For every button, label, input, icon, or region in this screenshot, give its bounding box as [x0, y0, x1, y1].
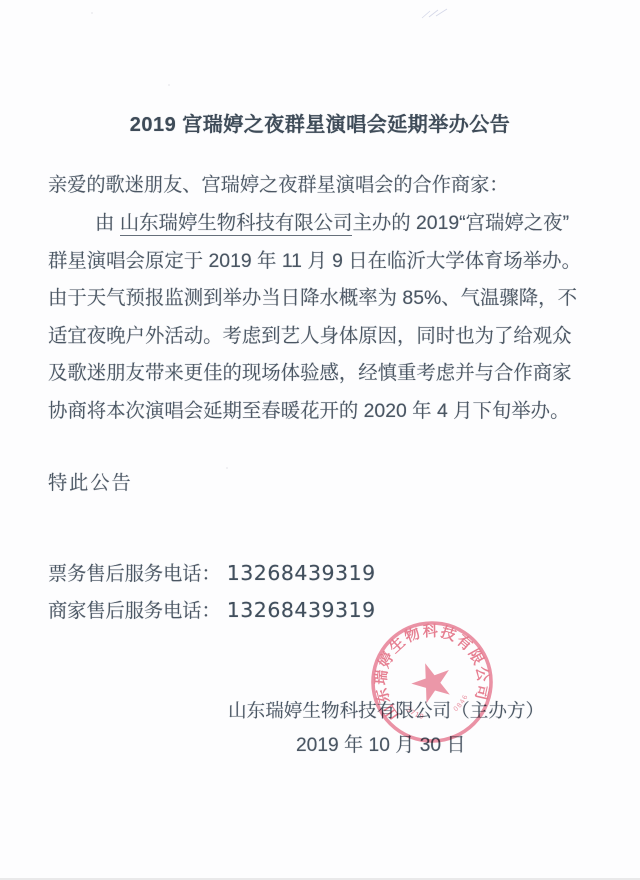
- line-suffix: 主办的 2019“宫瑞婷之夜”: [352, 212, 569, 234]
- closing-statement: 特此公告: [48, 470, 133, 498]
- ticket-service-phone-label: 票务售后服务电话：: [48, 564, 221, 585]
- greeting-line: 亲爱的歌迷朋友、宫瑞婷之夜群星演唱会的合作商家：: [48, 172, 588, 200]
- scan-speck: [91, 12, 93, 14]
- body-paragraph: 由 山东瑞婷生物科技有限公司主办的 2019“宫瑞婷之夜” 群星演唱会原定于 2…: [48, 205, 564, 431]
- paragraph-line: 由于天气预报监测到举办当日降水概率为 85%、气温骤降，不: [48, 280, 564, 318]
- organizer-company-underlined: 山东瑞婷生物科技有限公司: [120, 212, 353, 236]
- scanned-announcement-page: 2019 宫瑞婷之夜群星演唱会延期举办公告 亲爱的歌迷朋友、宫瑞婷之夜群星演唱会…: [0, 0, 640, 880]
- company-seal-stamp: 山东瑞婷生物科技有限公司 3719 0846: [362, 612, 502, 752]
- paragraph-line: 群星演唱会原定于 2019 年 11 月 9 日在临沂大学体育场举办。: [48, 243, 564, 281]
- scan-speck: [168, 84, 170, 86]
- paragraph-line: 适宜夜晚户外活动。考虑到艺人身体原因，同时也为了给观众: [48, 318, 564, 356]
- merchant-service-phone-label: 商家售后服务电话：: [48, 601, 221, 622]
- ticket-service-phone-number: 13268439319: [227, 561, 376, 585]
- scan-speck: [226, 467, 228, 469]
- paragraph-line: 由 山东瑞婷生物科技有限公司主办的 2019“宫瑞婷之夜”: [48, 205, 564, 243]
- page-title: 2019 宫瑞婷之夜群星演唱会延期举办公告: [0, 110, 640, 140]
- seal-star-icon: [406, 656, 457, 705]
- seal-serial-left: 3719: [403, 702, 427, 724]
- line-prefix: 由: [95, 212, 120, 234]
- ticket-service-phone-line: 票务售后服务电话：13268439319: [48, 558, 376, 590]
- paragraph-line: 及歌迷朋友带来更佳的现场体验感，经慎重考虑并与合作商家: [48, 355, 564, 393]
- seal-serial-right: 0846: [449, 691, 472, 714]
- merchant-service-phone-number: 13268439319: [227, 598, 376, 622]
- merchant-service-phone-line: 商家售后服务电话：13268439319: [48, 595, 376, 627]
- paragraph-line: 协商将本次演唱会延期至春暖花开的 2020 年 4 月下旬举办。: [48, 393, 564, 431]
- pen-scribble-artifact: [420, 8, 450, 20]
